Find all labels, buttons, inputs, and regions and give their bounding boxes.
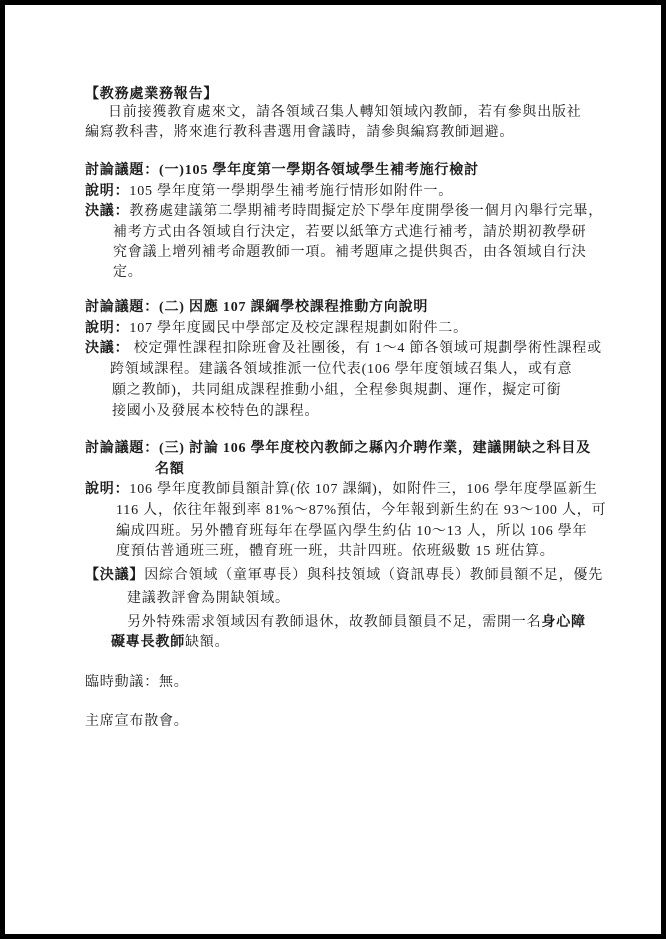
report-header: 【教務處業務報告】 [85,87,218,103]
topic-2-resolution-line-2: 跨領域課程。建議各領域推派一位代表(106 學年度領域召集人，或有意 [110,362,572,378]
topic-2-explain-label: 說明： [85,321,129,336]
topic-1-resolution-text: 教務處建議第二學期補考時間擬定於下學年度開學後一個月內舉行完畢， [129,204,603,219]
topic-1-resolution-line-2: 補考方式由各領域自行決定，若要以紙筆方式進行補考，請於期初教學研 [113,225,587,241]
topic-3-resolution-line-4-bold: 礙專長教師 [111,635,185,650]
topic-1-resolution-line-3: 究會議上增列補考命題教師一項。補考題庫之提供與否，由各領域自行決 [113,245,587,261]
topic-3-resolution-line-1: 【決議】因綜合領域（童軍專長）與科技領域（資訊專長）教師員額不足，優先 [85,568,603,584]
topic-3-title-line-1: 討論議題：(三) 討論 106 學年度校內教師之縣內介聘作業，建議開缺之科目及 [85,441,591,457]
topic-2-resolution-line-1: 決議： 校定彈性課程扣除班會及社團後，有 1～4 節各領域可規劃學術性課程或 [85,341,602,357]
topic-3-explain-text: 106 學年度教師員額計算(依 107 課綱)，如附件三，106 學年度學區新生 [129,482,597,497]
topic-3-explain-line-4: 度預估普通班三班，體育班一班，共計四班。依班級數 15 班估算。 [116,544,555,560]
topic-3-resolution-line-4: 礙專長教師缺額。 [111,635,229,651]
topic-2-explain: 說明：107 學年度國民中學部定及校定課程規劃如附件二。 [85,321,468,337]
topic-1-explain: 說明：105 學年度第一學期學生補考施行情形如附件一。 [85,184,453,200]
topic-3-resolution-line-3-bold: 身心障 [541,615,585,630]
topic-1-explain-text: 105 學年度第一學期學生補考施行情形如附件一。 [129,184,453,199]
topic-3-explain-label: 說明： [85,482,129,497]
topic-2-resolution-line-4: 接國小及發展本校特色的課程。 [112,404,319,420]
adjournment-line: 主席宣布散會。 [85,714,189,730]
topic-3-explain-line-3: 編成四班。另外體育班每年在學區內學生約佔 10～13 人，所以 106 學年 [116,524,587,540]
report-intro-line-1: 日前接獲教育處來文，請各領域召集人轉知領域內教師，若有參與出版社 [108,105,582,121]
extempore-motions-line: 臨時動議：無。 [85,675,189,691]
topic-3-resolution-line-3: 另外特殊需求領域因有教師退休，故教師員額員不足，需開一名身心障 [127,615,586,631]
topic-3-explain-line-1: 說明：106 學年度教師員額計算(依 107 課綱)，如附件三，106 學年度學… [85,482,598,498]
topic-2-resolution-line-3: 願之教師)，共同組成課程推動小組，全程參與規劃、運作，擬定可銜 [112,383,561,399]
topic-1-explain-label: 說明： [85,184,129,199]
topic-3-resolution-line-3-normal: 另外特殊需求領域因有教師退休，故教師員額員不足，需開一名 [127,615,541,630]
topic-3-resolution-text: 因綜合領域（童軍專長）與科技領域（資訊專長）教師員額不足，優先 [144,568,603,583]
topic-3-resolution-label: 【決議】 [85,568,144,583]
topic-1-resolution-label: 決議： [85,204,129,219]
topic-1-title: 討論議題：(一)105 學年度第一學期各領域學生補考施行檢討 [85,163,479,179]
topic-2-resolution-text: 校定彈性課程扣除班會及社團後，有 1～4 節各領域可規劃學術性課程或 [129,341,602,356]
topic-3-resolution-line-4-normal: 缺額。 [185,635,229,650]
topic-2-title: 討論議題：(二) 因應 107 課綱學校課程推動方向說明 [85,300,428,316]
topic-3-title-line-2: 名額 [155,462,185,478]
topic-3-explain-line-2: 116 人，依往年報到率 81%～87%預估，今年報到新生約在 93～100 人… [116,503,606,519]
report-intro-line-2: 編寫教科書，將來進行教科書選用會議時，請參與編寫教師迴避。 [85,125,514,141]
document-page [5,5,661,934]
topic-3-resolution-line-2: 建議教評會為開缺領域。 [127,591,290,607]
topic-2-explain-text: 107 學年度國民中學部定及校定課程規劃如附件二。 [129,321,468,336]
topic-1-resolution-line-1: 決議：教務處建議第二學期補考時間擬定於下學年度開學後一個月內舉行完畢， [85,204,603,220]
page-frame: 【教務處業務報告】 日前接獲教育處來文，請各領域召集人轉知領域內教師，若有參與出… [0,0,666,939]
topic-1-resolution-line-4: 定。 [113,265,143,281]
topic-2-resolution-label: 決議： [85,341,129,356]
